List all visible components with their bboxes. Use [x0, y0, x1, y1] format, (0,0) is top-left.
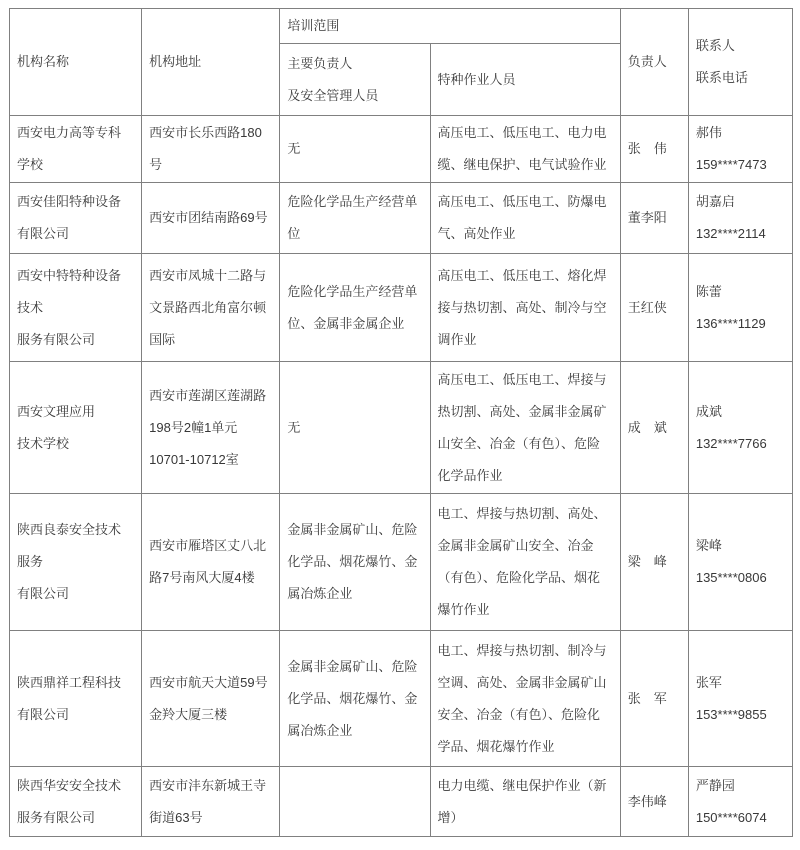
table-row: 陕西良泰安全技术 服务 有限公司 西安市雁塔区丈八北 路7号南风大厦4楼 金属非…: [10, 494, 793, 631]
cell-institution-name: 西安佳阳特种设备 有限公司: [10, 183, 142, 254]
cell-contact: 张军 153****9855: [688, 631, 792, 767]
cell-special-operations-scope: 高压电工、低压电工、电力电 缆、继电保护、电气试验作业: [430, 116, 620, 183]
cell-person-in-charge: 董李阳: [620, 183, 688, 254]
table-row: 西安文理应用 技术学校 西安市莲湖区莲湖路 198号2幢1单元 10701-10…: [10, 362, 793, 494]
cell-institution-address: 西安市莲湖区莲湖路 198号2幢1单元 10701-10712室: [142, 362, 280, 494]
cell-institution-name: 西安中特特种设备 技术 服务有限公司: [10, 254, 142, 362]
col-header-main-personnel: 主要负责人 及安全管理人员: [280, 44, 430, 116]
cell-institution-address: 西安市团结南路69号: [142, 183, 280, 254]
cell-institution-address: 西安市沣东新城王寺 街道63号: [142, 767, 280, 837]
cell-special-operations-scope: 电工、焊接与热切割、制冷与 空调、高处、金属非金属矿山 安全、冶金（有色）、危险…: [430, 631, 620, 767]
cell-special-operations-scope: 高压电工、低压电工、防爆电 气、高处作业: [430, 183, 620, 254]
cell-institution-address: 西安市雁塔区丈八北 路7号南风大厦4楼: [142, 494, 280, 631]
training-institutions-table: 机构名称 机构地址 培训范围 负责人 联系人 联系电话 主要负责人 及安全管理人…: [9, 8, 793, 837]
table-row: 西安中特特种设备 技术 服务有限公司 西安市凤城十二路与 文景路西北角富尔顿 国…: [10, 254, 793, 362]
cell-institution-address: 西安市长乐西路180号: [142, 116, 280, 183]
col-header-special-operations: 特种作业人员: [430, 44, 620, 116]
cell-person-in-charge: 王红侠: [620, 254, 688, 362]
cell-person-in-charge: 张 伟: [620, 116, 688, 183]
cell-institution-name: 陕西华安安全技术 服务有限公司: [10, 767, 142, 837]
document-page: 机构名称 机构地址 培训范围 负责人 联系人 联系电话 主要负责人 及安全管理人…: [0, 0, 800, 850]
col-header-institution-address: 机构地址: [142, 9, 280, 116]
cell-special-operations-scope: 电力电缆、继电保护作业（新 增）: [430, 767, 620, 837]
cell-special-operations-scope: 电工、焊接与热切割、高处、 金属非金属矿山安全、冶金 （有色）、危险化学品、烟花…: [430, 494, 620, 631]
table-row: 陕西鼎祥工程科技 有限公司 西安市航天大道59号 金羚大厦三楼 金属非金属矿山、…: [10, 631, 793, 767]
table-row: 西安佳阳特种设备 有限公司 西安市团结南路69号 危险化学品生产经营单 位 高压…: [10, 183, 793, 254]
cell-institution-name: 西安文理应用 技术学校: [10, 362, 142, 494]
cell-main-personnel-scope: 无: [280, 116, 430, 183]
cell-main-personnel-scope: [280, 767, 430, 837]
cell-person-in-charge: 张 军: [620, 631, 688, 767]
table-row: 西安电力高等专科 学校 西安市长乐西路180号 无 高压电工、低压电工、电力电 …: [10, 116, 793, 183]
cell-main-personnel-scope: 无: [280, 362, 430, 494]
col-header-institution-name: 机构名称: [10, 9, 142, 116]
cell-institution-name: 西安电力高等专科 学校: [10, 116, 142, 183]
cell-contact: 梁峰 135****0806: [688, 494, 792, 631]
cell-institution-name: 陕西良泰安全技术 服务 有限公司: [10, 494, 142, 631]
cell-contact: 成斌 132****7766: [688, 362, 792, 494]
cell-main-personnel-scope: 金属非金属矿山、危险 化学品、烟花爆竹、金 属冶炼企业: [280, 494, 430, 631]
table-row: 陕西华安安全技术 服务有限公司 西安市沣东新城王寺 街道63号 电力电缆、继电保…: [10, 767, 793, 837]
cell-contact: 郝伟 159****7473: [688, 116, 792, 183]
cell-institution-name: 陕西鼎祥工程科技 有限公司: [10, 631, 142, 767]
cell-institution-address: 西安市凤城十二路与 文景路西北角富尔顿 国际: [142, 254, 280, 362]
cell-contact: 陈蕾 136****1129: [688, 254, 792, 362]
cell-person-in-charge: 梁 峰: [620, 494, 688, 631]
cell-institution-address: 西安市航天大道59号 金羚大厦三楼: [142, 631, 280, 767]
cell-main-personnel-scope: 危险化学品生产经营单 位、金属非金属企业: [280, 254, 430, 362]
col-header-contact: 联系人 联系电话: [688, 9, 792, 116]
header-row-top: 机构名称 机构地址 培训范围 负责人 联系人 联系电话: [10, 9, 793, 44]
cell-main-personnel-scope: 危险化学品生产经营单 位: [280, 183, 430, 254]
cell-person-in-charge: 成 斌: [620, 362, 688, 494]
cell-person-in-charge: 李伟峰: [620, 767, 688, 837]
cell-special-operations-scope: 高压电工、低压电工、焊接与 热切割、高处、金属非金属矿 山安全、冶金（有色）、危…: [430, 362, 620, 494]
cell-contact: 胡嘉启 132****2114: [688, 183, 792, 254]
col-header-training-scope: 培训范围: [280, 9, 620, 44]
cell-contact: 严静园 150****6074: [688, 767, 792, 837]
cell-special-operations-scope: 高压电工、低压电工、熔化焊 接与热切割、高处、制冷与空 调作业: [430, 254, 620, 362]
col-header-person-in-charge: 负责人: [620, 9, 688, 116]
cell-main-personnel-scope: 金属非金属矿山、危险 化学品、烟花爆竹、金 属冶炼企业: [280, 631, 430, 767]
